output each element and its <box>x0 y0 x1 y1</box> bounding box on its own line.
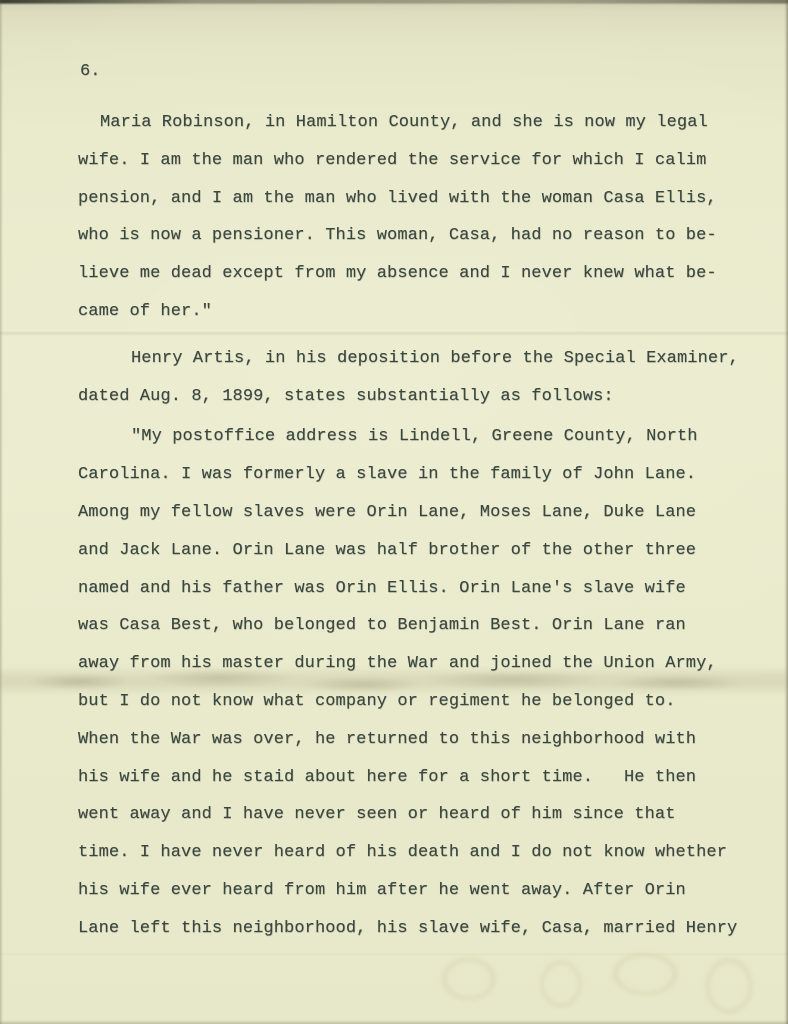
text-line: and Jack Lane. Orin Lane was half brothe… <box>78 532 746 570</box>
text-line: pension, and I am the man who lived with… <box>78 180 746 218</box>
text-line: Lane left this neighborhood, his slave w… <box>78 910 746 948</box>
page-number: 6. <box>80 62 100 81</box>
text-line: Maria Robinson, in Hamilton County, and … <box>78 104 746 142</box>
text-line: named and his father was Orin Ellis. Ori… <box>78 570 746 608</box>
scanned-document-page: 6. Maria Robinson, in Hamilton County, a… <box>0 0 788 1024</box>
text-line: When the War was over, he returned to th… <box>78 721 746 759</box>
text-line: Carolina. I was formerly a slave in the … <box>78 456 746 494</box>
scan-edge-bottom <box>0 1020 788 1024</box>
scan-edge-top <box>0 0 788 5</box>
text-line: came of her." <box>78 293 746 331</box>
scan-edge-right <box>784 0 788 1024</box>
text-line: wife. I am the man who rendered the serv… <box>78 142 746 180</box>
text-line: lieve me dead except from my absence and… <box>78 255 746 293</box>
text-line: who is now a pensioner. This woman, Casa… <box>78 217 746 255</box>
paragraph-deposition-continuation: Maria Robinson, in Hamilton County, and … <box>78 104 746 331</box>
text-line: Among my fellow slaves were Orin Lane, M… <box>78 494 746 532</box>
paper-crease-lower <box>0 951 788 955</box>
text-line: went away and I have never seen or heard… <box>78 796 746 834</box>
text-line: time. I have never heard of his death an… <box>78 834 746 872</box>
text-line: away from his master during the War and … <box>78 645 746 683</box>
text-line: Henry Artis, in his deposition before th… <box>78 340 746 378</box>
text-line: "My postoffice address is Lindell, Green… <box>78 418 746 456</box>
text-line: but I do not know what company or regime… <box>78 683 746 721</box>
paragraph-henry-artis-statement: "My postoffice address is Lindell, Green… <box>78 418 746 947</box>
text-line: dated Aug. 8, 1899, states substantially… <box>78 378 746 416</box>
scan-edge-left <box>0 0 3 1024</box>
text-line: was Casa Best, who belonged to Benjamin … <box>78 607 746 645</box>
text-line: his wife ever heard from him after he we… <box>78 872 746 910</box>
text-line: his wife and he staid about here for a s… <box>78 759 746 797</box>
paragraph-henry-artis-intro: Henry Artis, in his deposition before th… <box>78 340 746 416</box>
document-text: Maria Robinson, in Hamilton County, and … <box>78 104 746 948</box>
